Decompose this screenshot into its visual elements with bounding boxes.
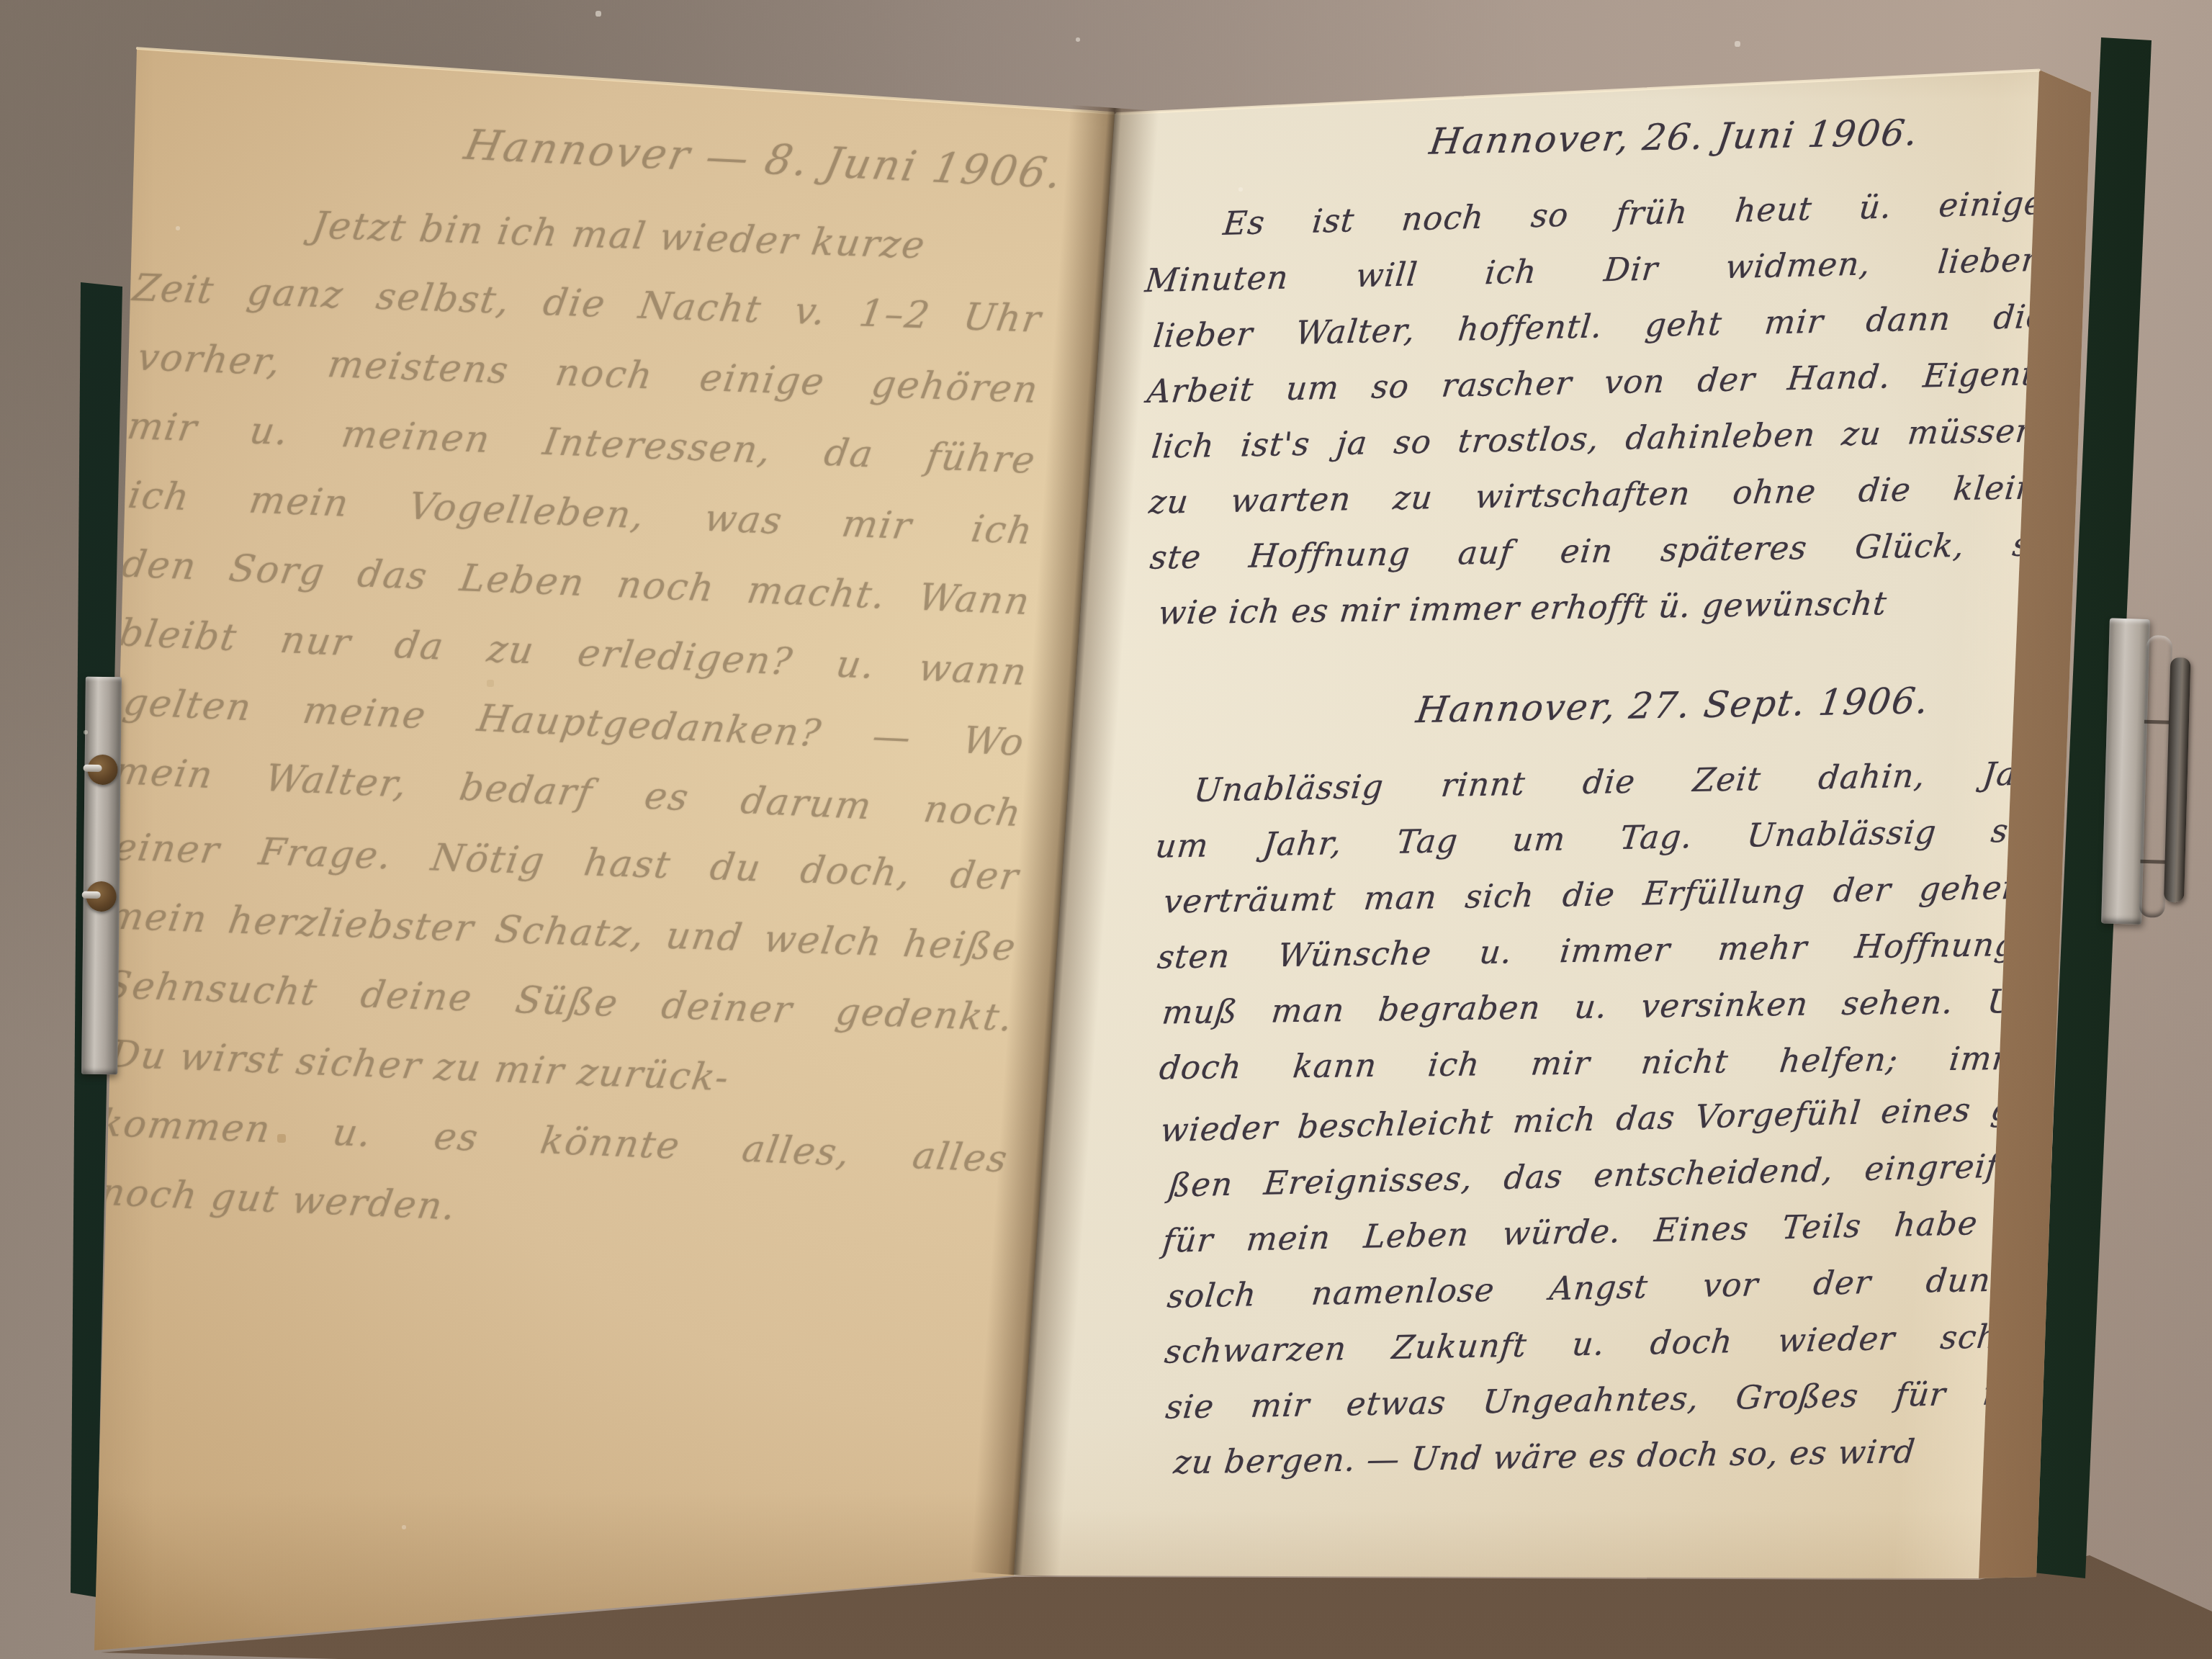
right-entry-1: Hannover, 26. Juni 1906.Es ist noch so f…: [1142, 91, 2051, 644]
entry-date-heading: Hannover, 26. Juni 1906.: [1424, 91, 2049, 189]
clasp-screw: [87, 755, 117, 785]
left-metal-clasp: [81, 677, 122, 1074]
clasp-screw: [86, 881, 116, 912]
left-page-handwriting: Hannover — 8. Juni 1906.Jetzt bin ich ma…: [96, 94, 1049, 1264]
entry-date-heading: Hannover, 27. Sept. 1906.: [1410, 660, 2059, 758]
right-metal-hinge-clasp: [2100, 613, 2196, 930]
left-entry-1: Hannover — 8. Juni 1906.Jetzt bin ich ma…: [96, 94, 1049, 1264]
right-entry-2: Hannover, 27. Sept. 1906.Unablässig rinn…: [1152, 660, 2067, 1493]
hinge-knuckle: [2140, 860, 2166, 864]
right-page-handwriting: Hannover, 26. Juni 1906.Es ist noch so f…: [1142, 91, 2067, 1493]
hinge-knuckle: [2144, 720, 2170, 724]
dust-specks: [0, 0, 1, 1]
diary-photograph: 3.d.,fl-blü Hannover — 8. Juni 1906.Jetz…: [0, 0, 2212, 1659]
handwritten-line: wie ich es mir immer erhofft ü. gewünsch…: [1156, 573, 2054, 641]
